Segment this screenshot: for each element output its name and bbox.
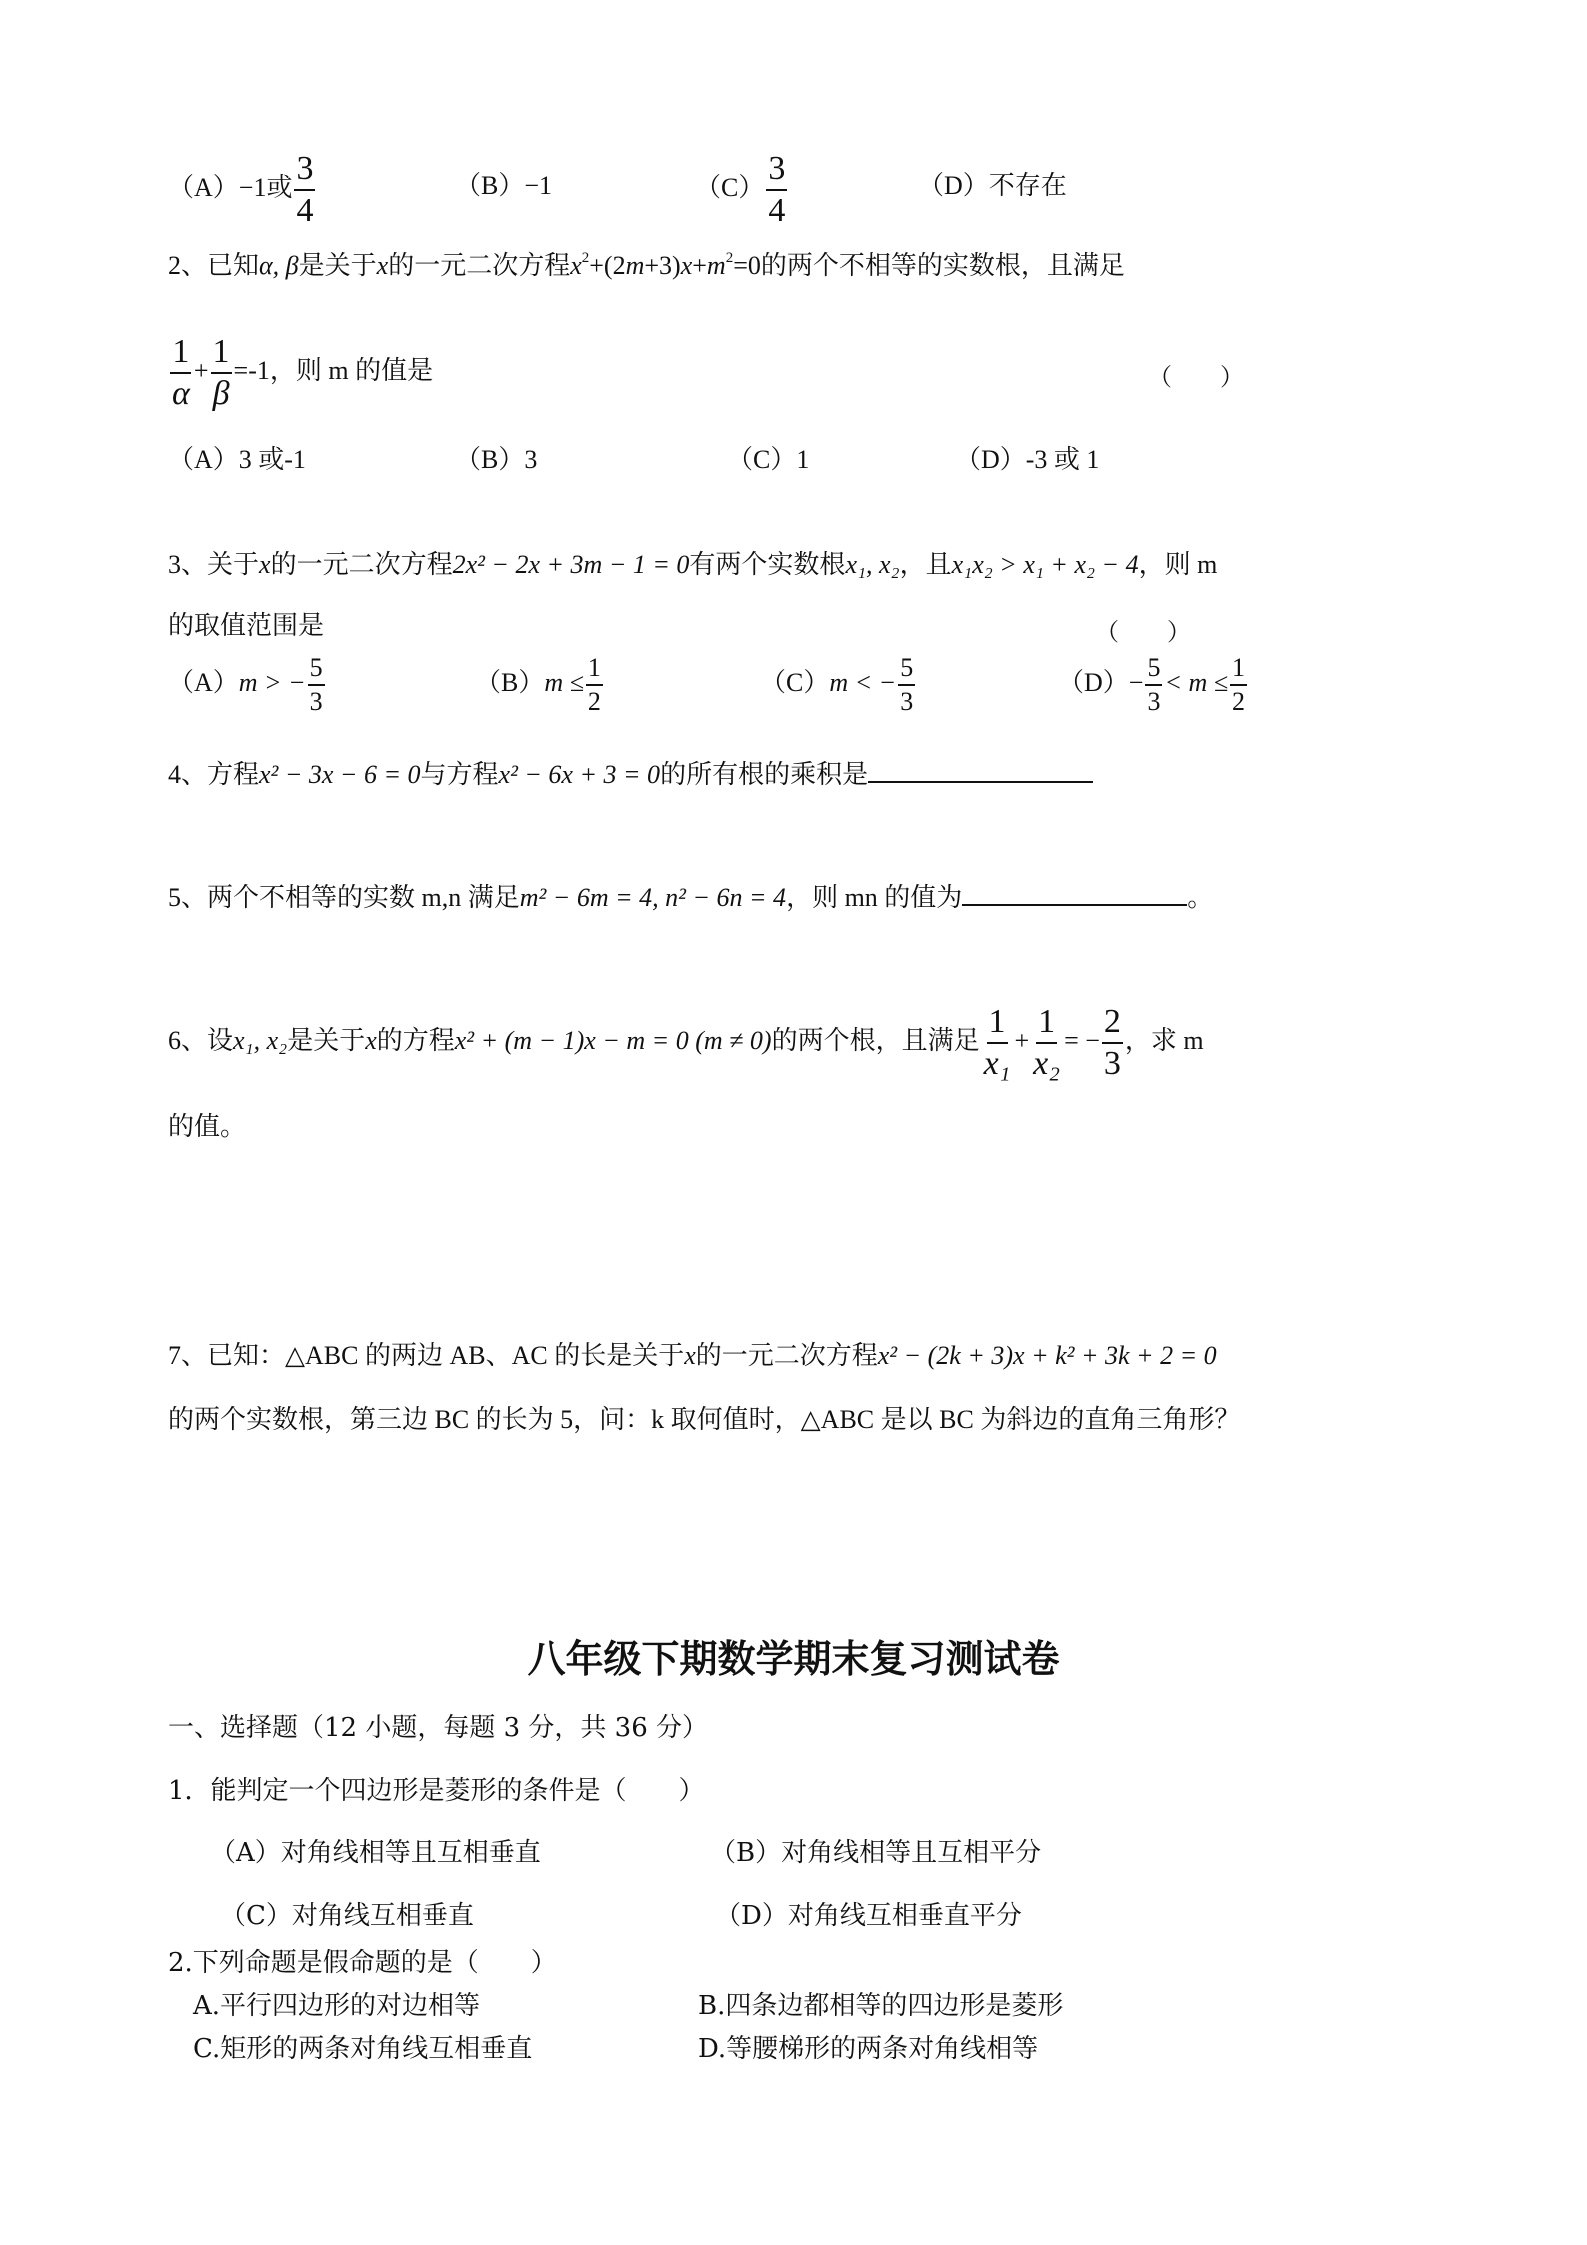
q2-condition: 1α+1β=-1，则 m 的值是 <box>168 335 433 411</box>
fraction: 1β <box>211 335 232 411</box>
equation: m² − 6m = 4, n² − 6n = 4 <box>520 883 786 912</box>
text: 的方程 <box>377 1026 455 1055</box>
text: ，求 m <box>1125 1026 1204 1055</box>
condition: x₁x₂ > x₁ + x₂ − 4 <box>952 550 1139 579</box>
equation: x² − (2k + 3)x + k² + 3k + 2 = 0 <box>878 1341 1217 1370</box>
math: m < − <box>829 668 896 697</box>
denominator: x₂ <box>1031 1044 1062 1081</box>
text: 的一元二次方程 <box>696 1341 878 1370</box>
fraction: 23 <box>1102 1005 1123 1081</box>
text: 的两个根，且满足 <box>772 1026 980 1055</box>
numerator: 1 <box>586 655 603 686</box>
math: + <box>692 251 707 280</box>
q2-option-d: （D）-3 或 1 <box>955 447 1099 473</box>
math: =0 <box>733 251 761 280</box>
text: 4、方程 <box>168 760 259 789</box>
text: 5、两个不相等的实数 m,n 满足 <box>168 883 520 912</box>
q1-option-b: （B）−1 <box>455 173 552 199</box>
text: 的所有根的乘积是 <box>660 760 868 789</box>
denominator: 2 <box>1230 686 1247 715</box>
denominator: 3 <box>1145 686 1162 715</box>
exam-q2-stem: 2.下列命题是假命题的是（ ） <box>168 1942 557 1979</box>
q2-stem: 2、已知α, β是关于x的一元二次方程x2+(2m+3)x+m2=0的两个不相等… <box>168 253 1125 279</box>
q2-option-a: （A）3 或-1 <box>168 447 306 473</box>
text: =-1，则 m 的值是 <box>234 356 434 385</box>
q3-stem-line2: 的取值范围是 <box>168 613 324 639</box>
q3-option-b: （B）m ≤12 <box>475 655 605 715</box>
exam-q2-option-d[interactable]: D.等腰梯形的两条对角线相等 <box>698 2028 1038 2065</box>
math: < m ≤ <box>1164 668 1228 697</box>
variable: x <box>377 251 389 280</box>
text: 。 <box>1187 883 1213 912</box>
exam-title: 八年级下期数学期末复习测试卷 <box>0 1628 1587 1683</box>
exam-q1-option-d[interactable]: （D）对角线互相垂直平分 <box>715 1895 1022 1932</box>
equation: x² − 6x + 3 = 0 <box>499 760 661 789</box>
fraction: 12 <box>586 655 603 715</box>
roots: x₁, x₂ <box>845 550 899 579</box>
text: ，且 <box>900 550 952 579</box>
fraction: 1α <box>170 335 192 411</box>
q3-option-c: （C）m < −53 <box>760 655 917 715</box>
answer-blank[interactable] <box>962 900 1187 906</box>
numerator: 1 <box>211 335 232 374</box>
answer-blank[interactable] <box>868 777 1093 783</box>
math: +3) <box>644 251 680 280</box>
q5-stem: 5、两个不相等的实数 m,n 满足m² − 6m = 4, n² − 6n = … <box>168 885 1213 911</box>
math: m <box>626 251 645 280</box>
text: ，则 m <box>1139 550 1218 579</box>
option-text: −1 <box>524 171 552 200</box>
q3-answer-paren[interactable]: （ ） <box>1095 612 1191 647</box>
exam-q1-stem: 1．能判定一个四边形是菱形的条件是（ ） <box>168 1770 705 1807</box>
variables: α, β <box>259 251 299 280</box>
q2-answer-paren[interactable]: （ ） <box>1148 357 1244 392</box>
option-text: −1或 <box>239 173 293 202</box>
math: +(2 <box>589 251 625 280</box>
fraction: 34 <box>294 152 315 228</box>
variable: x <box>365 1026 377 1055</box>
text: 是关于 <box>287 1026 365 1055</box>
math: m ≤ <box>544 668 584 697</box>
q4-stem: 4、方程x² − 3x − 6 = 0与方程x² − 6x + 3 = 0的所有… <box>168 762 1093 788</box>
q3-option-a: （A）m > −53 <box>168 655 327 715</box>
math: + <box>194 356 209 385</box>
fraction: 53 <box>898 655 915 715</box>
numerator: 1 <box>1230 655 1247 686</box>
denominator: 3 <box>1102 1044 1123 1081</box>
option-label: （C） <box>695 173 764 202</box>
fraction: 53 <box>308 655 325 715</box>
text: 的一元二次方程 <box>388 251 570 280</box>
math: m <box>707 251 726 280</box>
fraction: 53 <box>1145 655 1162 715</box>
denominator: 3 <box>898 686 915 715</box>
roots: x₁, x₂ <box>233 1026 287 1055</box>
q3-option-d: （D）−53< m ≤12 <box>1058 655 1249 715</box>
exam-q2-option-b[interactable]: B.四条边都相等的四边形是菱形 <box>698 1985 1063 2022</box>
numerator: 3 <box>766 152 787 191</box>
exam-q2-option-c[interactable]: C.矩形的两条对角线互相垂直 <box>193 2028 532 2065</box>
numerator: 5 <box>898 655 915 686</box>
text: 6、设 <box>168 1026 233 1055</box>
math: x <box>681 251 693 280</box>
denominator: 3 <box>308 686 325 715</box>
fraction: 12 <box>1230 655 1247 715</box>
denominator: x₁ <box>982 1044 1013 1081</box>
text: ，则 mn 的值为 <box>786 883 962 912</box>
equation: x² − 3x − 6 = 0 <box>259 760 421 789</box>
q1-option-c: （C）34 <box>695 152 789 228</box>
option-label: （D） <box>1058 668 1129 697</box>
denominator: β <box>211 374 232 411</box>
q1-option-d: （D）不存在 <box>918 173 1067 199</box>
text: 3、关于 <box>168 550 259 579</box>
variable: x <box>259 550 271 579</box>
denominator: 4 <box>766 191 787 228</box>
numerator: 5 <box>1145 655 1162 686</box>
text: 是关于 <box>299 251 377 280</box>
exam-q1-option-b[interactable]: （B）对角线相等且互相平分 <box>710 1832 1041 1869</box>
numerator: 1 <box>987 1005 1008 1044</box>
exam-q1-option-a[interactable]: （A）对角线相等且互相垂直 <box>210 1832 541 1869</box>
q6-stem-line2: 的值。 <box>168 1114 246 1140</box>
equation: x² + (m − 1)x − m = 0 (m ≠ 0) <box>455 1026 772 1055</box>
option-label: （A） <box>168 173 239 202</box>
option-label: （C） <box>760 668 829 697</box>
q2-option-c: （C）1 <box>727 447 809 473</box>
q3-stem: 3、关于x的一元二次方程2x² − 2x + 3m − 1 = 0有两个实数根x… <box>168 552 1217 578</box>
text: 有两个实数根 <box>689 550 845 579</box>
fraction: 1x₂ <box>1031 1005 1062 1081</box>
denominator: α <box>170 374 192 411</box>
math: − <box>1129 668 1144 697</box>
denominator: 2 <box>586 686 603 715</box>
section-heading: 一、选择题（12 小题，每题 3 分，共 36 分） <box>168 1707 708 1744</box>
numerator: 3 <box>294 152 315 191</box>
math: x <box>570 251 582 280</box>
text: 的一元二次方程 <box>271 550 453 579</box>
text: 7、已知：△ABC 的两边 AB、AC 的长是关于 <box>168 1341 684 1370</box>
text: 2、已知 <box>168 251 259 280</box>
exam-q2-option-a[interactable]: A.平行四边形的对边相等 <box>193 1985 480 2022</box>
fraction: 1x₁ <box>982 1005 1013 1081</box>
q7-stem: 7、已知：△ABC 的两边 AB、AC 的长是关于x的一元二次方程x² − (2… <box>168 1343 1217 1369</box>
option-text: 不存在 <box>989 171 1067 200</box>
option-label: （A） <box>168 668 239 697</box>
numerator: 5 <box>308 655 325 686</box>
exam-q1-option-c[interactable]: （C）对角线互相垂直 <box>220 1895 474 1932</box>
text: 的两个不相等的实数根，且满足 <box>761 251 1125 280</box>
numerator: 2 <box>1102 1005 1123 1044</box>
numerator: 1 <box>170 335 191 374</box>
math: = − <box>1064 1026 1100 1055</box>
denominator: 4 <box>294 191 315 228</box>
option-label: （D） <box>918 171 989 200</box>
text: 与方程 <box>421 760 499 789</box>
q6-stem: 6、设x₁, x₂是关于x的方程x² + (m − 1)x − m = 0 (m… <box>168 1005 1204 1081</box>
q7-stem-line2: 的两个实数根，第三边 BC 的长为 5，问：k 取何值时，△ABC 是以 BC … <box>168 1407 1240 1433</box>
variable: x <box>684 1341 696 1370</box>
fraction: 34 <box>766 152 787 228</box>
q1-option-a: （A）−1或34 <box>168 152 317 228</box>
q2-option-b: （B）3 <box>455 447 537 473</box>
math: + <box>1015 1026 1030 1055</box>
option-label: （B） <box>455 171 524 200</box>
numerator: 1 <box>1036 1005 1057 1044</box>
equation: 2x² − 2x + 3m − 1 = 0 <box>453 550 690 579</box>
math: m > − <box>239 668 306 697</box>
option-label: （B） <box>475 668 544 697</box>
